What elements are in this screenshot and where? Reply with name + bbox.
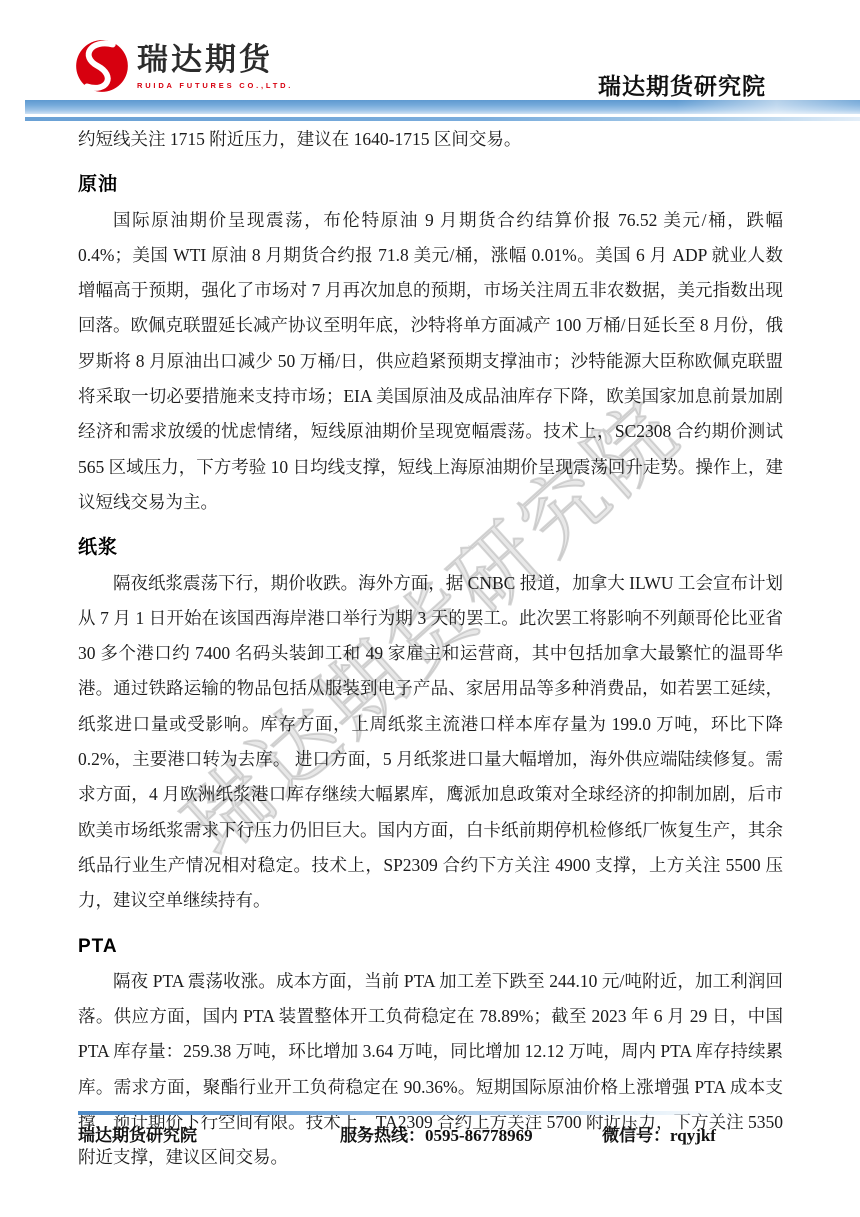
- footer: 瑞达期货研究院 服务热线：0595-86778969 微信号：rqyjkf: [78, 1121, 783, 1147]
- brand-name-en: RUIDA FUTURES CO.,LTD.: [137, 81, 293, 90]
- report-body: 约短线关注 1715 附近压力，建议在 1640-1715 区间交易。 原油 国…: [78, 122, 783, 1176]
- header-divider-line: [25, 117, 860, 121]
- footer-hotline-label: 服务热线：: [340, 1126, 425, 1145]
- footer-institute: 瑞达期货研究院: [78, 1121, 197, 1146]
- header-divider-bar: [25, 100, 860, 114]
- footer-hotline-number: 0595-86778969: [425, 1126, 533, 1145]
- footer-hotline: 服务热线：0595-86778969: [340, 1121, 533, 1146]
- footer-wechat-id: rqyjkf: [670, 1126, 716, 1145]
- brand-name-cn: 瑞达期货: [137, 40, 293, 80]
- footer-divider-line: [78, 1111, 738, 1115]
- report-page: { "header": { "brand_cn": "瑞达期货", "brand…: [0, 0, 860, 1217]
- ruida-logo-icon: [74, 38, 130, 94]
- intro-paragraph: 约短线关注 1715 附近压力，建议在 1640-1715 区间交易。: [78, 122, 783, 157]
- section-heading-pta: PTA: [78, 929, 783, 964]
- footer-wechat: 微信号：rqyjkf: [602, 1121, 716, 1146]
- section-body-pulp: 隔夜纸浆震荡下行，期价收跌。海外方面，据 CNBC 报道，加拿大 ILWU 工会…: [78, 566, 783, 919]
- brand-text-block: 瑞达期货 RUIDA FUTURES CO.,LTD.: [137, 38, 293, 90]
- section-heading-crude-oil: 原油: [78, 167, 783, 202]
- section-heading-pulp: 纸浆: [78, 530, 783, 565]
- company-logo: 瑞达期货 RUIDA FUTURES CO.,LTD.: [74, 38, 293, 94]
- footer-wechat-label: 微信号：: [602, 1126, 670, 1145]
- header-institute-title: 瑞达期货研究院: [598, 68, 766, 101]
- section-body-crude-oil: 国际原油期价呈现震荡，布伦特原油 9 月期货合约结算价报 76.52 美元/桶，…: [78, 203, 783, 521]
